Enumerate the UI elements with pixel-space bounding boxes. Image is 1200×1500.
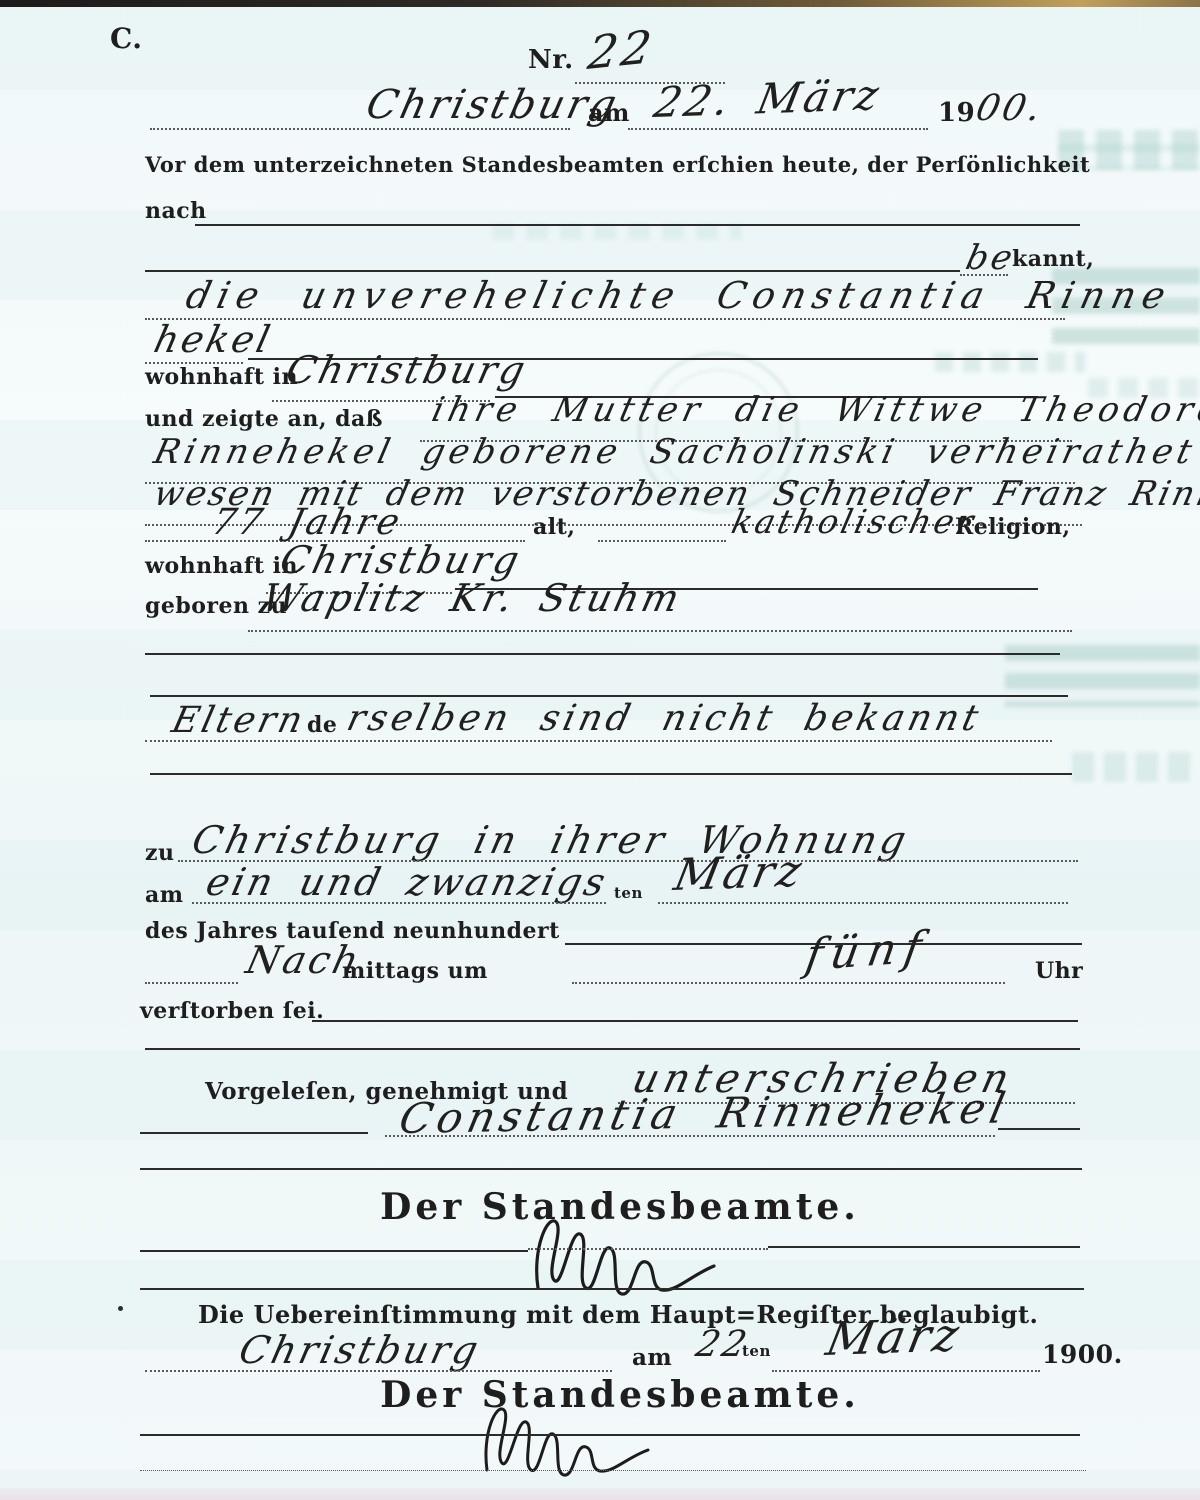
declarant-name-line1: die unverehelichte Constantia Rinne	[182, 274, 1177, 317]
bleedthrough-text	[935, 352, 1085, 372]
fill-in-line	[140, 1250, 528, 1252]
fill-in-line	[145, 318, 1065, 320]
fill-in-line	[150, 128, 570, 130]
fill-in-line	[528, 1248, 768, 1250]
fill-in-line	[658, 902, 1068, 904]
margin-dot	[118, 1306, 123, 1311]
wohnhaft-label-1: wohnhaft in	[145, 364, 298, 390]
fill-in-line	[145, 982, 238, 984]
death-hour: fünf	[802, 922, 933, 981]
blank-line	[145, 1048, 1080, 1050]
declarant-residence: Christburg	[282, 348, 532, 392]
fill-in-line	[145, 1370, 612, 1372]
registrar-signature-2	[478, 1398, 658, 1480]
record-number-label: Nr.	[528, 45, 574, 75]
am-label-2: am	[145, 882, 184, 908]
deceased-religion: katholischer	[728, 502, 980, 541]
fill-in-line	[628, 128, 928, 130]
kannt-label: kannt,	[1012, 246, 1094, 272]
record-number-value: 22	[585, 20, 658, 80]
intro-text: Vor dem unterzeichneten Standesbeamten e…	[145, 152, 1090, 177]
fill-in-line	[140, 1132, 368, 1134]
fill-in-line	[248, 630, 1072, 632]
certification-month: März	[822, 1307, 966, 1366]
fill-in-line	[772, 1370, 1040, 1372]
mittags-label: mittags um	[342, 958, 488, 984]
eltern-written-2: rselben sind nicht bekannt	[343, 698, 986, 739]
statement-line1: ihre Mutter die Wittwe Theodore	[428, 390, 1200, 430]
year-printed: 19	[938, 98, 975, 128]
fill-in-line	[140, 1434, 1080, 1436]
nach-label: nach	[145, 198, 207, 224]
blank-line	[145, 653, 1060, 655]
fill-in-line	[145, 270, 960, 272]
statement-line2: Rinnehekel geborene Sacholinski verheira…	[150, 432, 1200, 472]
fill-in-line	[385, 1135, 995, 1137]
scan-edge-bottom	[0, 1488, 1200, 1500]
religion-label: Religion,	[955, 514, 1071, 540]
declarant-name-line2: hekel	[150, 318, 277, 361]
zeigte-label: und zeigte an, daß	[145, 406, 383, 432]
fill-in-line	[195, 224, 1080, 226]
de-printed: de	[307, 712, 337, 738]
fill-in-line	[192, 902, 606, 904]
fill-in-line	[768, 1246, 1080, 1248]
blank-line	[150, 695, 1068, 697]
am-label-3: am	[632, 1344, 672, 1371]
blank-line	[150, 773, 1072, 775]
certification-year: 1900.	[1042, 1340, 1123, 1369]
registration-date: 22. März	[650, 70, 886, 127]
fill-in-line	[312, 1020, 1078, 1022]
fill-in-line	[572, 982, 1005, 984]
bleedthrough-text	[492, 224, 742, 240]
certification-place: Christburg	[235, 1328, 485, 1372]
be-written: be	[962, 238, 1019, 278]
year-written: 00.	[972, 88, 1048, 129]
deceased-age: 77 Jahre	[208, 502, 406, 543]
ten-label-2: ten	[742, 1342, 771, 1360]
bleedthrough-text	[1072, 752, 1200, 782]
death-certificate-page: C. Nr. 22 Christburg am 22. März 19 00. …	[0, 0, 1200, 1500]
blank-line	[140, 1288, 1084, 1290]
registrar-signature	[528, 1208, 723, 1298]
scan-edge-top	[0, 0, 1200, 7]
uhr-label: Uhr	[1035, 958, 1083, 984]
zu-label: zu	[145, 840, 175, 866]
form-letter: C.	[110, 22, 143, 55]
fill-in-line	[140, 1470, 1086, 1471]
fill-in-line	[998, 1128, 1080, 1130]
death-day: ein und zwanzigs	[202, 860, 612, 904]
registration-place: Christburg	[362, 82, 624, 128]
death-month: März	[670, 846, 808, 901]
ten-label: ten	[614, 884, 643, 902]
fill-in-line	[145, 740, 1052, 742]
alt-label: alt,	[533, 514, 575, 540]
verstorben-label: verſtorben ſei.	[140, 998, 324, 1024]
deceased-birthplace: Waplitz Kr. Stuhm	[258, 576, 686, 620]
blank-line	[140, 1168, 1082, 1170]
fill-in-line	[598, 540, 726, 542]
eltern-written-1: Eltern	[168, 700, 309, 741]
am-label: am	[588, 98, 630, 127]
